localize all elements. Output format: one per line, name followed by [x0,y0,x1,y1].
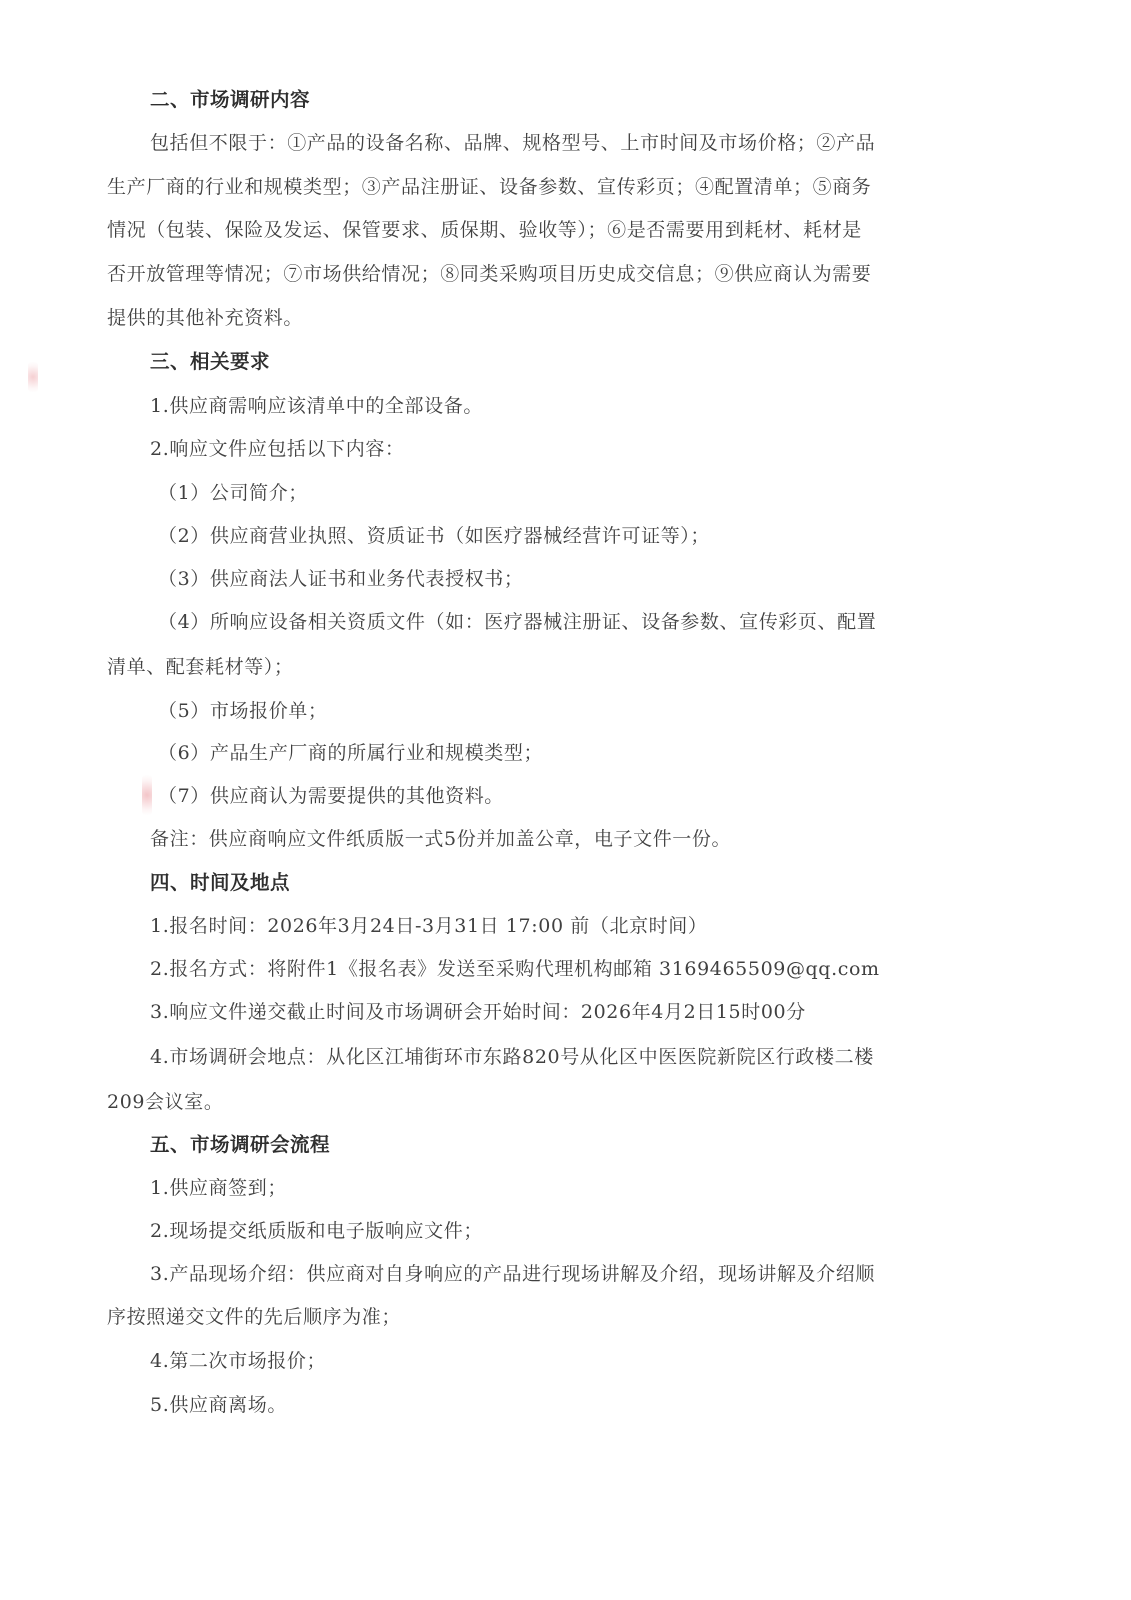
list-item: （4）所响应设备相关资质文件（如：医疗器械注册证、设备参数、宣传彩页、配置 [158,610,876,634]
list-item: 1.供应商需响应该清单中的全部设备。 [150,394,483,418]
paragraph-line: 否开放管理等情况；⑦市场供给情况；⑧同类采购项目历史成交信息；⑨供应商认为需要 [107,262,871,286]
list-item: （7）供应商认为需要提供的其他资料。 [158,784,504,808]
section-heading-meeting-process: 五、市场调研会流程 [150,1133,330,1157]
list-item: （2）供应商营业执照、资质证书（如医疗器械经营许可证等）； [158,524,710,548]
list-item-registration-method: 2.报名方式：将附件1《报名表》发送至采购代理机构邮箱 3169465509@q… [150,957,880,981]
list-item-deadline: 3.响应文件递交截止时间及市场调研会开始时间：2026年4月2日15时00分 [150,1000,806,1024]
paragraph-line: 生产厂商的行业和规模类型；③产品注册证、设备参数、宣传彩页；④配置清单；⑤商务 [107,175,871,199]
seal-mark-fragment [142,775,152,815]
list-item: 2.响应文件应包括以下内容： [150,437,405,461]
list-item: 3.产品现场介绍：供应商对自身响应的产品进行现场讲解及介绍，现场讲解及介绍顺 [150,1262,875,1286]
list-item-continuation: 序按照递交文件的先后顺序为准； [107,1305,401,1329]
list-item-location: 4.市场调研会地点：从化区江埔街环市东路820号从化区中医医院新院区行政楼二楼 [150,1045,874,1069]
list-item: 1.供应商签到； [150,1176,287,1200]
section-heading-market-research-content: 二、市场调研内容 [150,88,310,112]
list-item: 5.供应商离场。 [150,1393,287,1417]
section-heading-requirements: 三、相关要求 [150,350,270,374]
list-item: （5）市场报价单； [158,699,328,723]
paragraph-line: 情况（包装、保险及发运、保管要求、质保期、验收等）；⑥是否需要用到耗材、耗材是 [107,218,862,242]
seal-mark-fragment [28,362,38,392]
list-item: 4.第二次市场报价； [150,1349,326,1373]
paragraph-line: 包括但不限于：①产品的设备名称、品牌、规格型号、上市时间及市场价格；②产品 [150,131,875,155]
note-line: 备注：供应商响应文件纸质版一式5份并加盖公章，电子文件一份。 [150,827,731,851]
section-heading-time-and-place: 四、时间及地点 [150,871,290,895]
paragraph-line: 提供的其他补充资料。 [107,306,303,330]
document-page: 二、市场调研内容 包括但不限于：①产品的设备名称、品牌、规格型号、上市时间及市场… [0,0,1131,1600]
list-item: （3）供应商法人证书和业务代表授权书； [158,567,524,591]
list-item-continuation: 清单、配套耗材等）； [107,655,294,679]
list-item: （1）公司简介； [158,481,308,505]
list-item-registration-time: 1.报名时间：2026年3月24日-3月31日 17:00 前（北京时间） [150,914,707,938]
list-item: （6）产品生产厂商的所属行业和规模类型； [158,741,543,765]
list-item-continuation: 209会议室。 [107,1090,223,1114]
list-item: 2.现场提交纸质版和电子版响应文件； [150,1219,483,1243]
